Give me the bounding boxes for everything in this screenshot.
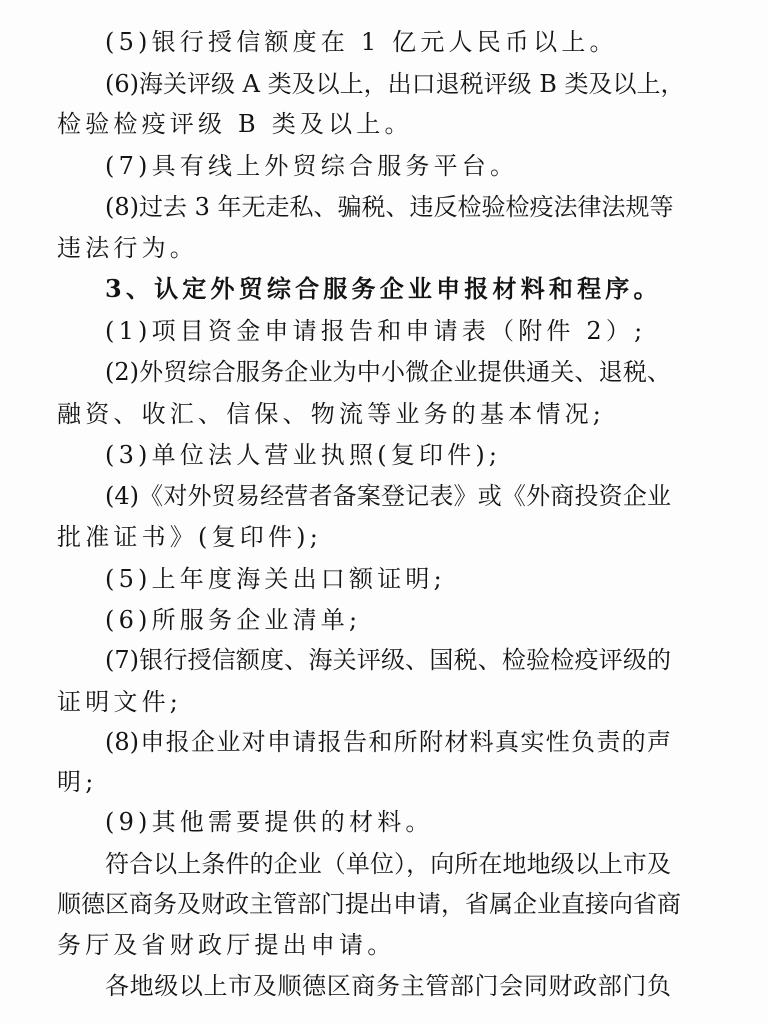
document-page: (5)银行授信额度在 1 亿元人民币以上。 (6)海关评级 A 类及以上，出口退… bbox=[0, 0, 768, 1024]
material-7-rating-proofs-line2: 证明文件; bbox=[57, 686, 182, 718]
material-8-declaration-line1: (8)申报企业对申请报告和所附材料真实性负责的声 bbox=[105, 726, 671, 758]
material-4-registration-line2: 批准证书》(复印件); bbox=[57, 521, 322, 553]
material-4-registration-line1: (4)《对外贸易经营者备案登记表》或《外商投资企业 bbox=[105, 480, 671, 512]
material-9-other: (9)其他需要提供的材料。 bbox=[105, 806, 434, 838]
requirement-6-ratings-line1: (6)海关评级 A 类及以上，出口退税评级 B 类及以上， bbox=[105, 68, 671, 100]
material-6-client-list: (6)所服务企业清单; bbox=[105, 604, 361, 636]
procedure-paragraph-line3: 务厅及省财政厅提出申请。 bbox=[57, 929, 395, 961]
section-3-heading: 3、认定外贸综合服务企业申报材料和程序。 bbox=[105, 273, 662, 305]
material-1-application-report: (1)项目资金申请报告和申请表（附件 2）; bbox=[105, 315, 646, 347]
material-2-services-line2: 融资、收汇、信保、物流等业务的基本情况; bbox=[57, 398, 605, 430]
requirement-6-ratings-line2: 检验检疫评级 B 类及以上。 bbox=[57, 108, 413, 140]
material-3-business-license: (3)单位法人营业执照(复印件); bbox=[105, 439, 501, 471]
material-7-rating-proofs-line1: (7)银行授信额度、海关评级、国税、检验检疫评级的 bbox=[105, 644, 671, 676]
material-5-export-proof: (5)上年度海关出口额证明; bbox=[105, 563, 446, 595]
requirement-8-no-violations-line2: 违法行为。 bbox=[57, 232, 198, 264]
requirement-7-online-platform: (7)具有线上外贸综合服务平台。 bbox=[105, 150, 518, 182]
procedure-paragraph-line2: 顺德区商务及财政主管部门提出申请，省属企业直接向省商 bbox=[57, 888, 669, 920]
material-2-services-line1: (2)外贸综合服务企业为中小微企业提供通关、退税、 bbox=[105, 356, 671, 388]
material-8-declaration-line2: 明; bbox=[57, 766, 98, 798]
procedure-paragraph-line1: 符合以上条件的企业（单位），向所在地地级以上市及 bbox=[105, 848, 671, 880]
requirement-8-no-violations-line1: (8)过去 3 年无走私、骗税、违反检验检疫法律法规等 bbox=[105, 191, 671, 223]
requirement-5-bank-credit: (5)银行授信额度在 1 亿元人民币以上。 bbox=[105, 26, 618, 58]
review-paragraph-line1: 各地级以上市及顺德区商务主管部门会同财政部门负 bbox=[105, 970, 671, 1002]
